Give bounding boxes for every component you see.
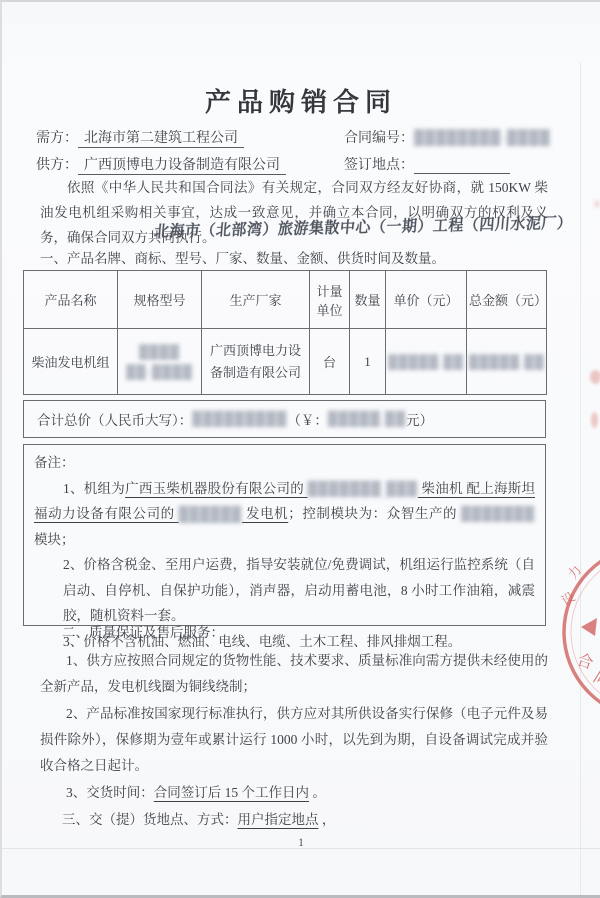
total-yuan-open: （￥： bbox=[287, 409, 328, 429]
table-row: 柴油发电机组 ████ ██-████ 广西顶博电力设备制造有限公司 台 1 █… bbox=[24, 329, 547, 395]
cell-model-redacted: ████ ██-████ bbox=[118, 329, 202, 395]
page-number: 1 bbox=[2, 835, 600, 850]
ink-smudge bbox=[591, 412, 598, 428]
lower-sections: 二、质量保证及售后服务： 1、供方应按照合同规定的货物性能、技术要求、质量标准向… bbox=[40, 618, 548, 834]
sign-place-blank bbox=[414, 160, 510, 174]
section3-line: 三、交（提）货地点、方式：用户指定地点 ， bbox=[40, 807, 548, 833]
page-title: 产品购销合同 bbox=[2, 82, 600, 119]
cell-unit-price-redacted: █████.██ bbox=[386, 329, 467, 395]
contract-no-label: 合同编号： bbox=[344, 131, 414, 146]
col-qty: 数量 bbox=[350, 271, 386, 329]
seal-star-tip bbox=[581, 618, 597, 636]
ink-smudge bbox=[590, 370, 600, 384]
total-label: 合计总价（人民币大写）： bbox=[37, 409, 192, 429]
supplier-name: 广西顶博电力设备制造有限公司 bbox=[78, 158, 286, 175]
buyer-label: 需方： bbox=[36, 131, 78, 146]
section1-heading: 一、产品名牌、商标、型号、厂家、数量、金额、供货时间及数量。 bbox=[40, 247, 445, 267]
delivery-place-suffix: ， bbox=[319, 812, 336, 827]
product-table: 产品名称 规格型号 生产厂家 计量单位 数量 单价（元） 总金额（元） 柴油发电… bbox=[23, 270, 547, 395]
contract-no-redacted: ████████-████ bbox=[414, 131, 551, 146]
note1-module-text: ；控制模块为：众智生产的 bbox=[288, 506, 461, 521]
notes-label: 备注： bbox=[34, 450, 535, 476]
total-price-row: 合计总价（人民币大写）：█████████（￥：█████.██ 元） bbox=[23, 400, 546, 438]
intro-paragraph: 依照《中华人民共和国合同法》有关规定，合同双方经友好协商，就 150KW 柴油发… bbox=[40, 175, 548, 250]
col-unit-price: 单价（元） bbox=[386, 271, 467, 329]
col-product-name: 产品名称 bbox=[24, 271, 118, 329]
note1-engine-maker: 广西玉柴机器股份有限公司的 bbox=[125, 481, 308, 496]
buyer-name: 北海市第二建筑工程公司 bbox=[78, 131, 244, 148]
note1-module-model-redacted: ███████ bbox=[461, 506, 535, 521]
total-amount-cn-redacted: █████████ bbox=[192, 411, 287, 427]
cell-product: 柴油发电机组 bbox=[24, 329, 118, 395]
scanned-contract-page: 产品购销合同 需方：北海市第二建筑工程公司 合同编号：████████-████… bbox=[0, 0, 600, 898]
total-yuan-close: 元） bbox=[406, 409, 433, 429]
delivery-place-value: 用户指定地点 bbox=[238, 812, 319, 827]
svg-text:合: 合 bbox=[575, 651, 596, 673]
sign-place-label: 签订地点： bbox=[344, 158, 414, 173]
delivery-time-label: 3、交货时间： bbox=[66, 785, 154, 800]
section2-heading: 二、质量保证及售后服务： bbox=[40, 618, 548, 647]
total-amount-num-redacted: █████.██ bbox=[328, 411, 406, 427]
delivery-place-label: 三、交（提）货地点、方式： bbox=[62, 812, 238, 827]
section2-item-3: 3、交货时间：合同签订后 15 个工作日内 。 bbox=[40, 780, 548, 806]
ink-smudge bbox=[594, 200, 600, 208]
note1-alternator-model-redacted: ██████ bbox=[179, 506, 242, 521]
note1-suffix: 模块； bbox=[34, 532, 75, 547]
note-item-1: 1、机组为广西玉柴机器股份有限公司的 ███████ ███ 柴油机 配上海斯坦… bbox=[34, 476, 535, 553]
delivery-time-value: 合同签订后 15 个工作日内 bbox=[154, 785, 309, 800]
supplier-label: 供方： bbox=[36, 158, 78, 173]
note1-prefix: 1、机组为 bbox=[63, 481, 125, 496]
buyer-row: 需方：北海市第二建筑工程公司 合同编号：████████-████ bbox=[36, 127, 570, 147]
cell-manufacturer: 广西顶博电力设备制造有限公司 bbox=[202, 329, 310, 395]
col-model: 规格型号 bbox=[118, 271, 202, 329]
table-header-row: 产品名称 规格型号 生产厂家 计量单位 数量 单价（元） 总金额（元） bbox=[24, 271, 547, 329]
section2-item-1: 1、供方应按照合同规定的货物性能、技术要求、质量标准向需方提供未经使用的全新产品… bbox=[40, 648, 548, 700]
col-manufacturer: 生产厂家 bbox=[202, 271, 310, 329]
cell-total-redacted: █████.██ bbox=[467, 329, 547, 395]
supplier-row: 供方：广西顶博电力设备制造有限公司 签订地点： bbox=[36, 154, 570, 174]
cell-unit: 台 bbox=[310, 329, 350, 395]
col-total: 总金额（元） bbox=[467, 271, 547, 329]
note1-engine-model-redacted: ███████ ███ bbox=[308, 481, 418, 496]
notes-box: 备注： 1、机组为广西玉柴机器股份有限公司的 ███████ ███ 柴油机 配… bbox=[23, 444, 546, 626]
cell-qty: 1 bbox=[350, 329, 386, 395]
delivery-time-suffix: 。 bbox=[309, 785, 326, 800]
paper-fold-line bbox=[580, 62, 581, 895]
section2-item-2: 2、产品标准按国家现行标准执行，供方应对其所供设备实行保修（电子元件及易损件除外… bbox=[40, 701, 548, 779]
contract-seal-stamp: 力 设 合 同 bbox=[554, 538, 600, 722]
col-unit: 计量单位 bbox=[310, 271, 350, 329]
note1-alternator-suffix: 发电机 bbox=[242, 506, 288, 521]
